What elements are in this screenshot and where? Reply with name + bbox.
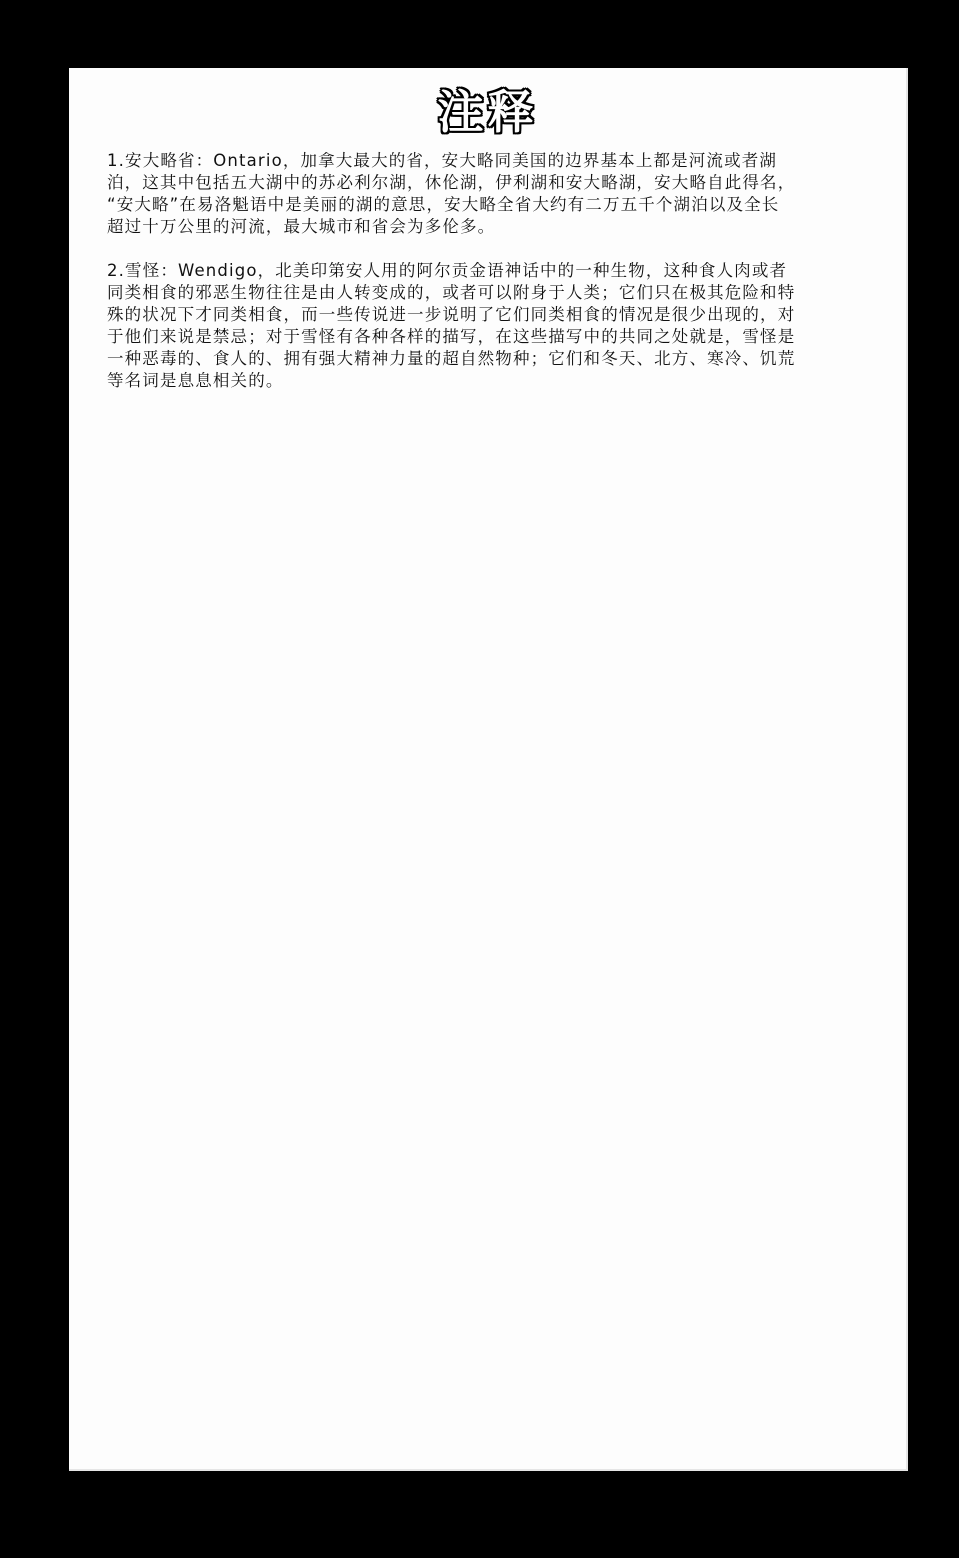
note-wendigo: 2.雪怪：Wendigo，北美印第安人用的阿尔贡金语神话中的一种生物，这种食人肉…	[107, 260, 877, 392]
notes-list: 1.安大略省：Ontario，加拿大最大的省，安大略同美国的边界基本上都是河流或…	[107, 150, 877, 414]
note-line: 1.安大略省：Ontario，加拿大最大的省，安大略同美国的边界基本上都是河流或…	[107, 150, 877, 172]
note-line: 等名词是息息相关的。	[107, 370, 877, 392]
note-ontario: 1.安大略省：Ontario，加拿大最大的省，安大略同美国的边界基本上都是河流或…	[107, 150, 877, 238]
annotation-page: 注释 1.安大略省：Ontario，加拿大最大的省，安大略同美国的边界基本上都是…	[69, 68, 908, 1471]
page-title: 注释	[69, 84, 906, 140]
note-line: 于他们来说是禁忌；对于雪怪有各种各样的描写，在这些描写中的共同之处就是，雪怪是	[107, 326, 877, 348]
note-line: 一种恶毒的、食人的、拥有强大精神力量的超自然物种；它们和冬天、北方、寒冷、饥荒	[107, 348, 877, 370]
note-line: 同类相食的邪恶生物往往是由人转变成的，或者可以附身于人类；它们只在极其危险和特	[107, 282, 877, 304]
note-line: 2.雪怪：Wendigo，北美印第安人用的阿尔贡金语神话中的一种生物，这种食人肉…	[107, 260, 877, 282]
note-line: 超过十万公里的河流，最大城市和省会为多伦多。	[107, 216, 877, 238]
note-line: “安大略”在易洛魁语中是美丽的湖的意思，安大略全省大约有二万五千个湖泊以及全长	[107, 194, 877, 216]
note-line: 泊，这其中包括五大湖中的苏必利尔湖，休伦湖，伊利湖和安大略湖，安大略自此得名，	[107, 172, 877, 194]
note-line: 殊的状况下才同类相食，而一些传说进一步说明了它们同类相食的情况是很少出现的，对	[107, 304, 877, 326]
